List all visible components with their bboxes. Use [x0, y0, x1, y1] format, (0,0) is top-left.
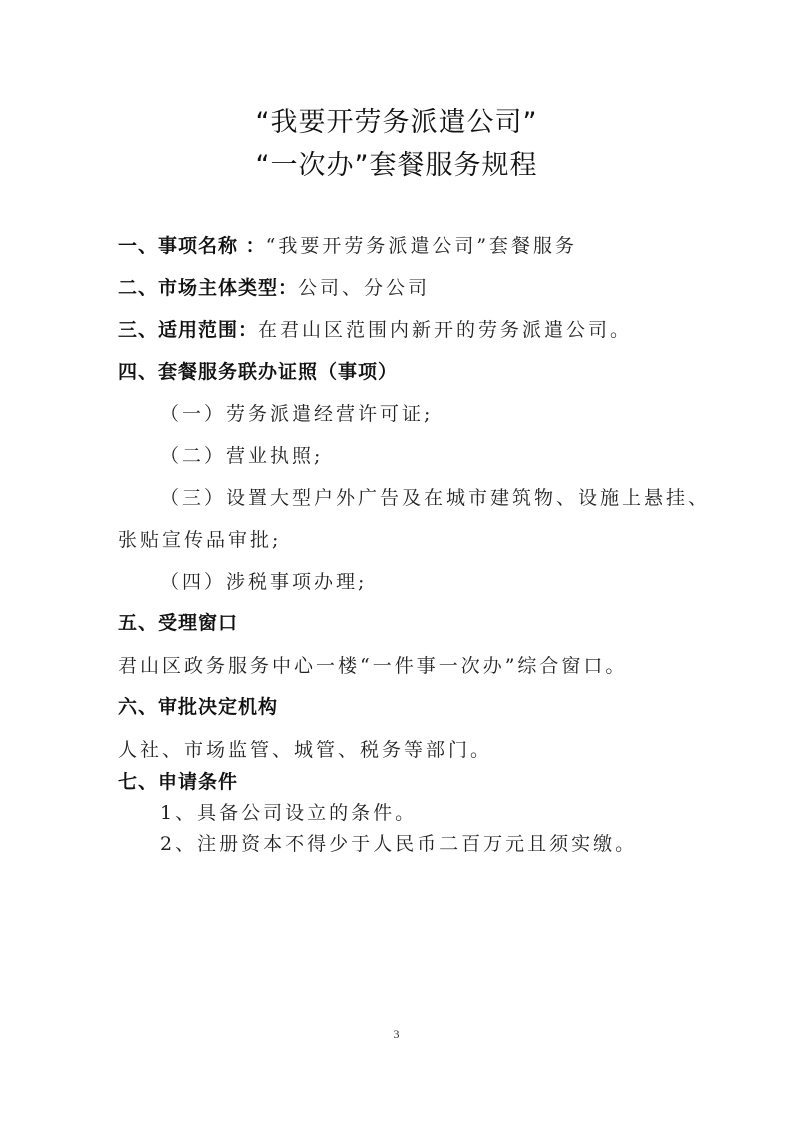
license-item-continued: 张贴宣传品审批;	[118, 525, 281, 552]
condition-item: 2、注册资本不得少于人民币二百万元且须实缴。	[160, 829, 637, 856]
section-heading: 一、事项名称 ：	[118, 235, 266, 257]
page-number: 3	[0, 1027, 793, 1042]
section-heading: 二、市场主体类型：	[118, 277, 298, 299]
section-heading-licenses: 四、套餐服务联办证照（事项）	[118, 357, 398, 384]
document-title-line-2: “一次办”套餐服务规程	[0, 143, 793, 182]
section-item-name: 一、事项名称 ：“我要开劳务派遣公司”套餐服务	[118, 231, 577, 258]
section-entity-type: 二、市场主体类型：公司、分公司	[118, 273, 430, 300]
section-heading-window: 五、受理窗口	[118, 608, 238, 635]
section-body: 公司、分公司	[298, 277, 430, 299]
section-heading-conditions: 七、申请条件	[118, 767, 238, 794]
section-body-window: 君山区政务服务中心一楼“一件事一次办”综合窗口。	[118, 651, 627, 678]
condition-item: 1、具备公司设立的条件。	[160, 798, 417, 825]
section-scope: 三、适用范围：在君山区范围内新开的劳务派遣公司。	[118, 315, 632, 342]
section-body: 在君山区范围内新开的劳务派遣公司。	[258, 319, 632, 341]
section-body-authority: 人社、市场监管、城管、税务等部门。	[118, 735, 492, 762]
license-item: （四）涉税事项办理;	[160, 567, 367, 594]
document-title-line-1: “我要开劳务派遣公司”	[0, 100, 793, 139]
section-heading-authority: 六、审批决定机构	[118, 692, 278, 719]
license-item: （三）设置大型户外广告及在城市建筑物、设施上悬挂、	[160, 483, 710, 510]
license-item: （一）劳务派遣经营许可证;	[160, 399, 433, 426]
section-heading: 三、适用范围：	[118, 319, 258, 341]
license-item: （二）营业执照;	[160, 441, 323, 468]
section-body: “我要开劳务派遣公司”套餐服务	[266, 235, 577, 257]
